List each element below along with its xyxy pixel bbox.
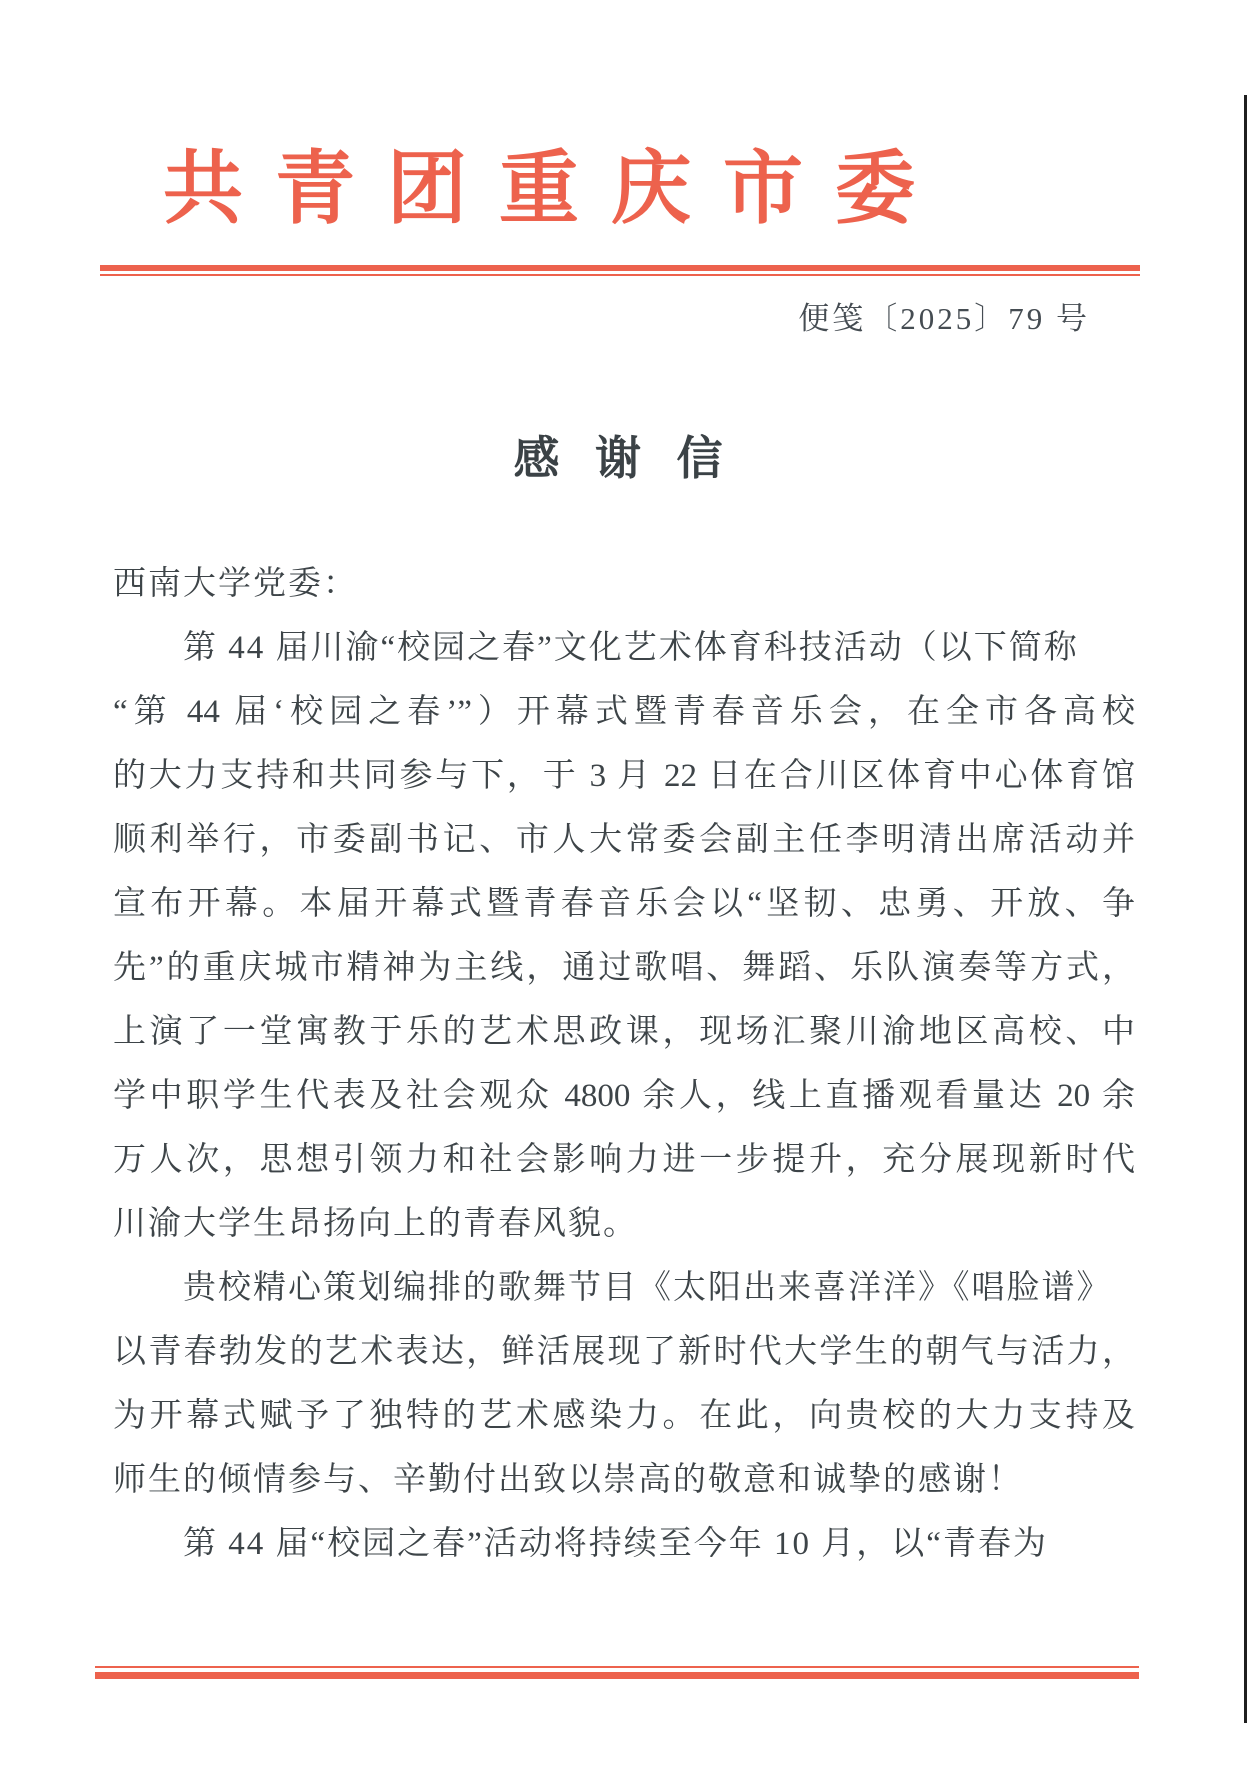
letterhead-divider-thick-line	[100, 265, 1140, 271]
body-line: 顺利举行，市委副书记、市人大常委会副主任李明清出席活动并	[113, 808, 1135, 872]
body-line: 川渝大学生昂扬向上的青春风貌。	[113, 1192, 1135, 1256]
body-line: 师生的倾情参与、辛勤付出致以崇高的敬意和诚挚的感谢！	[113, 1448, 1135, 1512]
body-line: 的大力支持和共同参与下，于 3 月 22 日在合川区体育中心体育馆	[113, 744, 1135, 808]
body-line: 第 44 届“校园之春”活动将持续至今年 10 月，以“青春为	[113, 1512, 1135, 1576]
footer-divider	[95, 1666, 1139, 1679]
body-line: 先”的重庆城市精神为主线，通过歌唱、舞蹈、乐队演奏等方式，	[113, 936, 1135, 1000]
body-line: 第 44 届川渝“校园之春”文化艺术体育科技活动（以下简称	[113, 616, 1135, 680]
letterhead-divider	[100, 265, 1140, 276]
salutation: 西南大学党委：	[113, 552, 1135, 616]
body-line: 贵校精心策划编排的歌舞节目《太阳出来喜洋洋》《唱脸谱》	[113, 1256, 1135, 1320]
scan-edge-artifact	[1244, 95, 1247, 1723]
body-line: 万人次，思想引领力和社会影响力进一步提升，充分展现新时代	[113, 1128, 1135, 1192]
footer-divider-thin-line	[95, 1666, 1139, 1668]
letter-title: 感 谢 信	[113, 422, 1135, 488]
letterhead-divider-thin-line	[100, 274, 1140, 276]
body-line: 学中职学生代表及社会观众 4800 余人，线上直播观看量达 20 余	[113, 1064, 1135, 1128]
body-line: 以青春勃发的艺术表达，鲜活展现了新时代大学生的朝气与活力，	[113, 1320, 1135, 1384]
body-line: 宣布开幕。本届开幕式暨青春音乐会以“坚韧、忠勇、开放、争	[113, 872, 1135, 936]
doc-number: 便笺〔2025〕79 号	[640, 293, 1090, 338]
letter-body: 西南大学党委： 第 44 届川渝“校园之春”文化艺术体育科技活动（以下简称 “第…	[113, 552, 1135, 1576]
letterhead-org-name: 共青团重庆市委	[163, 146, 947, 234]
body-line: “第 44 届‘校园之春’”）开幕式暨青春音乐会，在全市各高校	[113, 680, 1135, 744]
body-line: 上演了一堂寓教于乐的艺术思政课，现场汇聚川渝地区高校、中	[113, 1000, 1135, 1064]
footer-divider-thick-line	[95, 1672, 1139, 1679]
document-page: 共青团重庆市委 便笺〔2025〕79 号 感 谢 信 西南大学党委： 第 44 …	[0, 0, 1256, 1770]
body-line: 为开幕式赋予了独特的艺术感染力。在此，向贵校的大力支持及	[113, 1384, 1135, 1448]
